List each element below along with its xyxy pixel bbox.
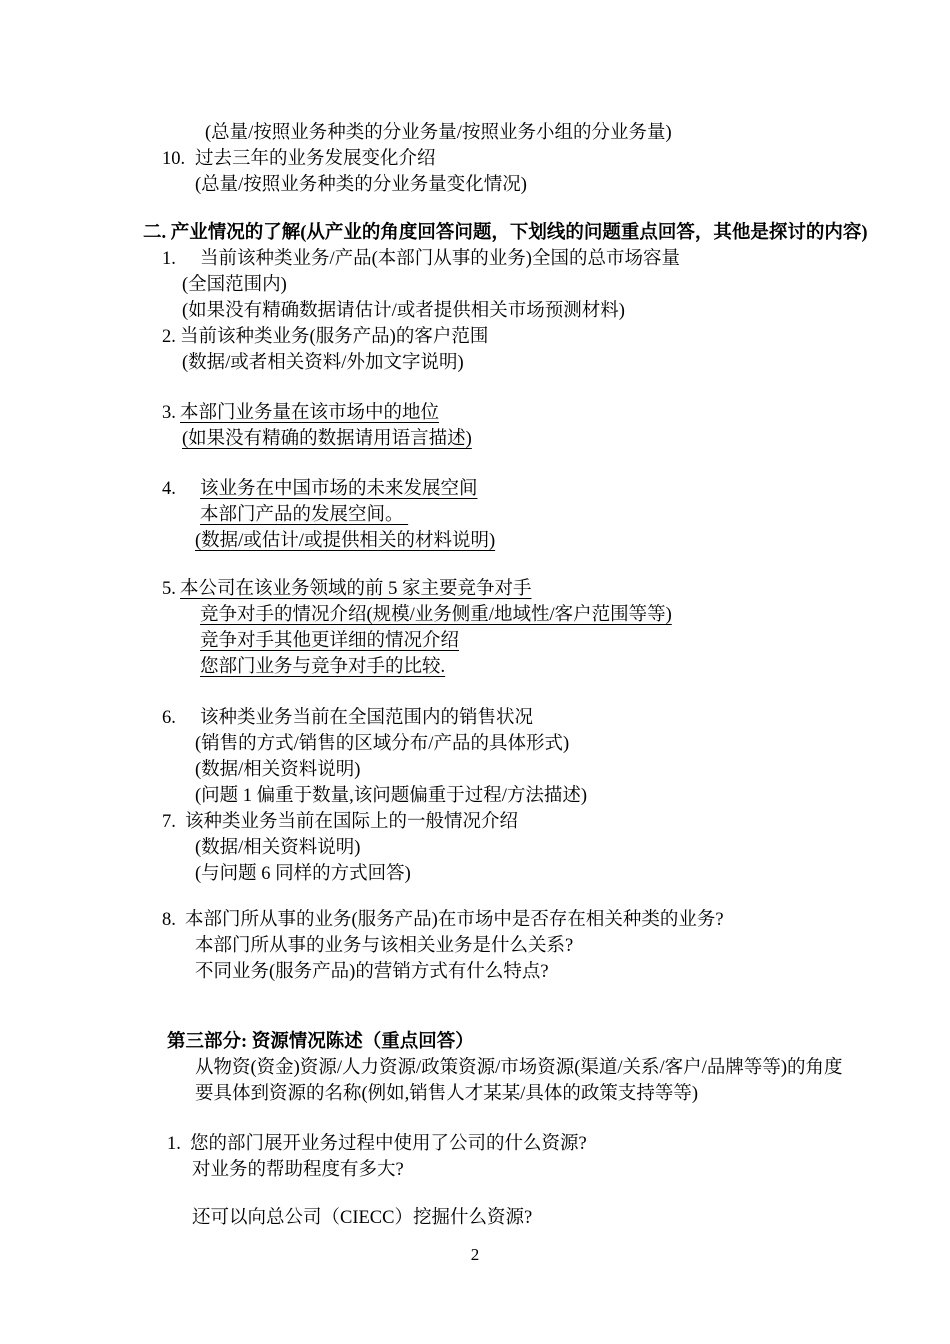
spacer xyxy=(0,680,950,705)
line-text: 该种类业务当前在全国范围内的销售状况 xyxy=(200,708,533,728)
line-text: 该种类业务当前在国际上的一般情况介绍 xyxy=(185,812,518,832)
doc-line: (问题 1 偏重于数量,该问题偏重于过程/方法描述) xyxy=(0,783,950,809)
doc-line: 还可以向总公司（CIECC）挖掘什么资源? xyxy=(0,1205,950,1231)
page-number: 2 xyxy=(0,1244,950,1266)
list-number: 8. xyxy=(162,907,185,933)
doc-line: 10.过去三年的业务发展变化介绍 xyxy=(0,146,950,172)
spacer xyxy=(0,554,950,576)
doc-line: 1.您的部门展开业务过程中使用了公司的什么资源? xyxy=(0,1131,950,1157)
line-text: 本部门业务量在该市场中的地位 xyxy=(180,403,439,423)
list-number: 10. xyxy=(162,146,195,172)
list-number: 1. xyxy=(162,246,200,272)
section-heading: 二. 产业情况的了解(从产业的角度回答问题，下划线的问题重点回答，其他是探讨的内… xyxy=(0,220,950,246)
doc-line: (全国范围内) xyxy=(0,272,950,298)
list-number: 3. xyxy=(162,400,180,426)
doc-line: 7.该种类业务当前在国际上的一般情况介绍 xyxy=(0,809,950,835)
spacer xyxy=(0,198,950,220)
doc-line: (销售的方式/销售的区域分布/产品的具体形式) xyxy=(0,731,950,757)
doc-line: 从物资(资金)资源/人力资源/政策资源/市场资源(渠道/关系/客户/品牌等等)的… xyxy=(0,1055,950,1081)
doc-line: 本部门产品的发展空间。 xyxy=(0,502,950,528)
doc-line: 竞争对手的情况介绍(规模/业务侧重/地域性/客户范围等等) xyxy=(0,602,950,628)
line-text: 本公司在该业务领域的前 5 家主要竞争对手 xyxy=(180,579,532,599)
list-number: 5. xyxy=(162,576,180,602)
list-number: 1. xyxy=(167,1131,190,1157)
doc-line: 2.当前该种类业务(服务产品)的客户范围 xyxy=(0,324,950,350)
doc-line: (与问题 6 同样的方式回答) xyxy=(0,861,950,887)
spacer xyxy=(0,985,950,1029)
spacer xyxy=(0,376,950,400)
line-text: 当前该种类业务(服务产品)的客户范围 xyxy=(180,327,488,347)
doc-line: (数据/相关资料说明) xyxy=(0,835,950,861)
doc-line: 1.当前该种类业务/产品(本部门从事的业务)全国的总市场容量 xyxy=(0,246,950,272)
list-number: 4. xyxy=(162,476,200,502)
doc-line: (数据/相关资料说明) xyxy=(0,757,950,783)
doc-line: 对业务的帮助程度有多大? xyxy=(0,1157,950,1183)
doc-line: (如果没有精确数据请估计/或者提供相关市场预测材料) xyxy=(0,298,950,324)
doc-line: (总量/按照业务种类的分业务量/按照业务小组的分业务量) xyxy=(0,120,950,146)
spacer xyxy=(0,1107,950,1131)
doc-line: (数据/或估计/或提供相关的材料说明) xyxy=(0,528,950,554)
doc-line: 6.该种类业务当前在全国范围内的销售状况 xyxy=(0,705,950,731)
doc-line: 本部门所从事的业务与该相关业务是什么关系? xyxy=(0,933,950,959)
doc-line: 要具体到资源的名称(例如,销售人才某某/具体的政策支持等等) xyxy=(0,1081,950,1107)
line-text: 过去三年的业务发展变化介绍 xyxy=(195,149,436,169)
line-text: 您的部门展开业务过程中使用了公司的什么资源? xyxy=(190,1134,587,1154)
doc-line: 8.本部门所从事的业务(服务产品)在市场中是否存在相关种类的业务? xyxy=(0,907,950,933)
doc-line: (数据/或者相关资料/外加文字说明) xyxy=(0,350,950,376)
section-heading: 第三部分: 资源情况陈述（重点回答） xyxy=(0,1029,950,1055)
list-number: 7. xyxy=(162,809,185,835)
doc-line: 竞争对手其他更详细的情况介绍 xyxy=(0,628,950,654)
spacer xyxy=(0,887,950,907)
list-number: 2. xyxy=(162,324,180,350)
doc-line: 4.该业务在中国市场的未来发展空间 xyxy=(0,476,950,502)
doc-line: 3.本部门业务量在该市场中的地位 xyxy=(0,400,950,426)
spacer xyxy=(0,1183,950,1205)
doc-line: (总量/按照业务种类的分业务量变化情况) xyxy=(0,172,950,198)
doc-line: 5.本公司在该业务领域的前 5 家主要竞争对手 xyxy=(0,576,950,602)
line-text: 本部门所从事的业务(服务产品)在市场中是否存在相关种类的业务? xyxy=(185,910,724,930)
line-text: 当前该种类业务/产品(本部门从事的业务)全国的总市场容量 xyxy=(200,249,680,269)
document-page: (总量/按照业务种类的分业务量/按照业务小组的分业务量) 10.过去三年的业务发… xyxy=(0,0,950,1344)
line-text: 该业务在中国市场的未来发展空间 xyxy=(200,479,478,499)
list-number: 6. xyxy=(162,705,200,731)
doc-line: 您部门业务与竞争对手的比较. xyxy=(0,654,950,680)
spacer xyxy=(0,452,950,476)
doc-line: (如果没有精确的数据请用语言描述) xyxy=(0,426,950,452)
doc-line: 不同业务(服务产品)的营销方式有什么特点? xyxy=(0,959,950,985)
